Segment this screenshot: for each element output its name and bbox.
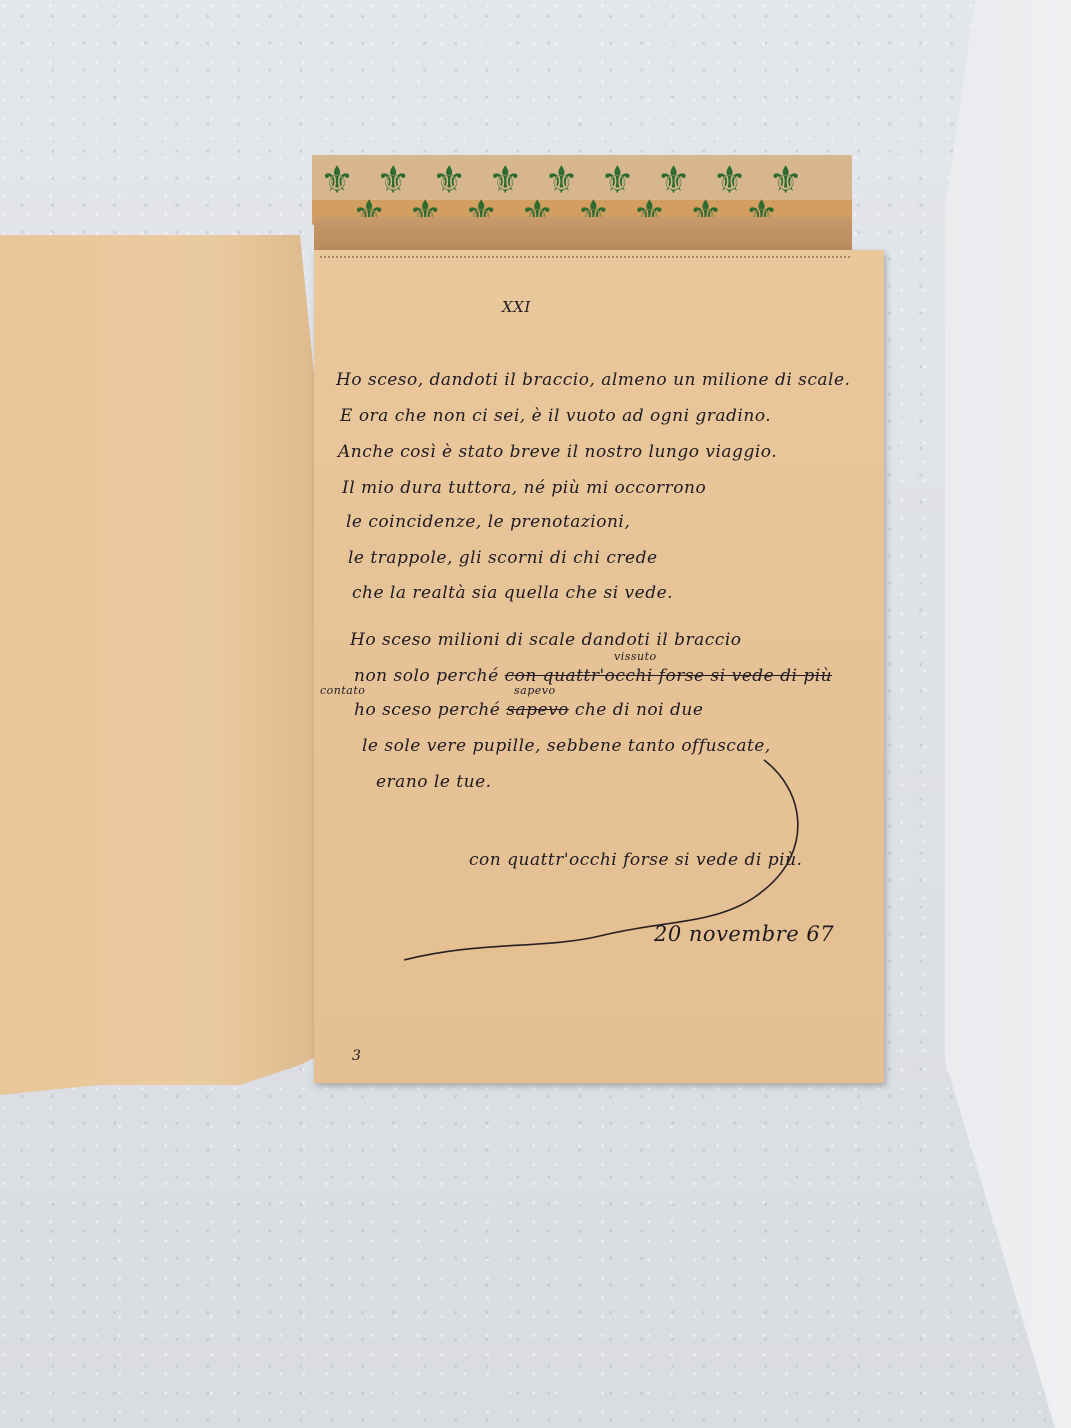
insertion-above-line3: sapevo [514, 684, 556, 697]
line-text: ho sceso perché [354, 700, 500, 720]
stanza1-line-6: le trappole, gli scorni di chi crede [348, 548, 658, 568]
stanza2-line-3: ho sceso perché sapevo che di noi due [354, 700, 703, 720]
stanza1-line-4: Il mio dura tuttora, né più mi occorrono [342, 478, 706, 498]
stanza2-line-5: erano le tue. [376, 772, 492, 792]
poem-number: XXI [502, 298, 531, 316]
struck-text: con quattr'occhi forse si vede di più [505, 666, 833, 686]
final-line: con quattr'occhi forse si vede di più. [469, 850, 802, 870]
stanza1-line-1: Ho sceso, dandoti il braccio, almeno un … [336, 370, 850, 390]
stanza1-line-2: E ora che non ci sei, è il vuoto ad ogni… [340, 406, 771, 426]
stanza2-line-4: le sole vere pupille, sebbene tanto offu… [362, 736, 771, 756]
perforation-stitch [320, 256, 850, 262]
margin-insertion: contato [320, 684, 365, 697]
line-text: che di noi due [575, 700, 704, 720]
fleur-de-lis-icon: ⚜ [320, 161, 354, 199]
stanza1-line-3: Anche così è stato breve il nostro lungo… [338, 442, 777, 462]
fleur-de-lis-cover-band: ⚜ ⚜ ⚜ ⚜ ⚜ ⚜ ⚜ ⚜ ⚜ ⚜ ⚜ ⚜ ⚜ ⚜ ⚜ ⚜ ⚜ [312, 155, 852, 225]
stanza2-line-1: Ho sceso milioni di scale dandoti il bra… [350, 630, 741, 650]
blank-facing-page [0, 235, 340, 1095]
notepad: ⚜ ⚜ ⚜ ⚜ ⚜ ⚜ ⚜ ⚜ ⚜ ⚜ ⚜ ⚜ ⚜ ⚜ ⚜ ⚜ ⚜ XXI Ho… [312, 155, 884, 1083]
stanza2-line-2: non solo perché con quattr'occhi forse s… [354, 666, 832, 686]
struck-text: sapevo [506, 700, 569, 720]
manuscript-page: XXI Ho sceso, dandoti il braccio, almeno… [314, 250, 884, 1083]
stanza1-line-7: che la realtà sia quella che si vede. [352, 583, 673, 603]
manuscript-date: 20 novembre 67 [654, 922, 834, 946]
fleur-row-top: ⚜ ⚜ ⚜ ⚜ ⚜ ⚜ ⚜ ⚜ ⚜ [320, 161, 803, 199]
line-text: non solo perché [354, 666, 499, 686]
insertion-above-line2: vissuto [614, 650, 657, 663]
stanza1-line-5: le coincidenze, le prenotazioni, [346, 512, 630, 532]
page-number: 3 [352, 1048, 361, 1064]
